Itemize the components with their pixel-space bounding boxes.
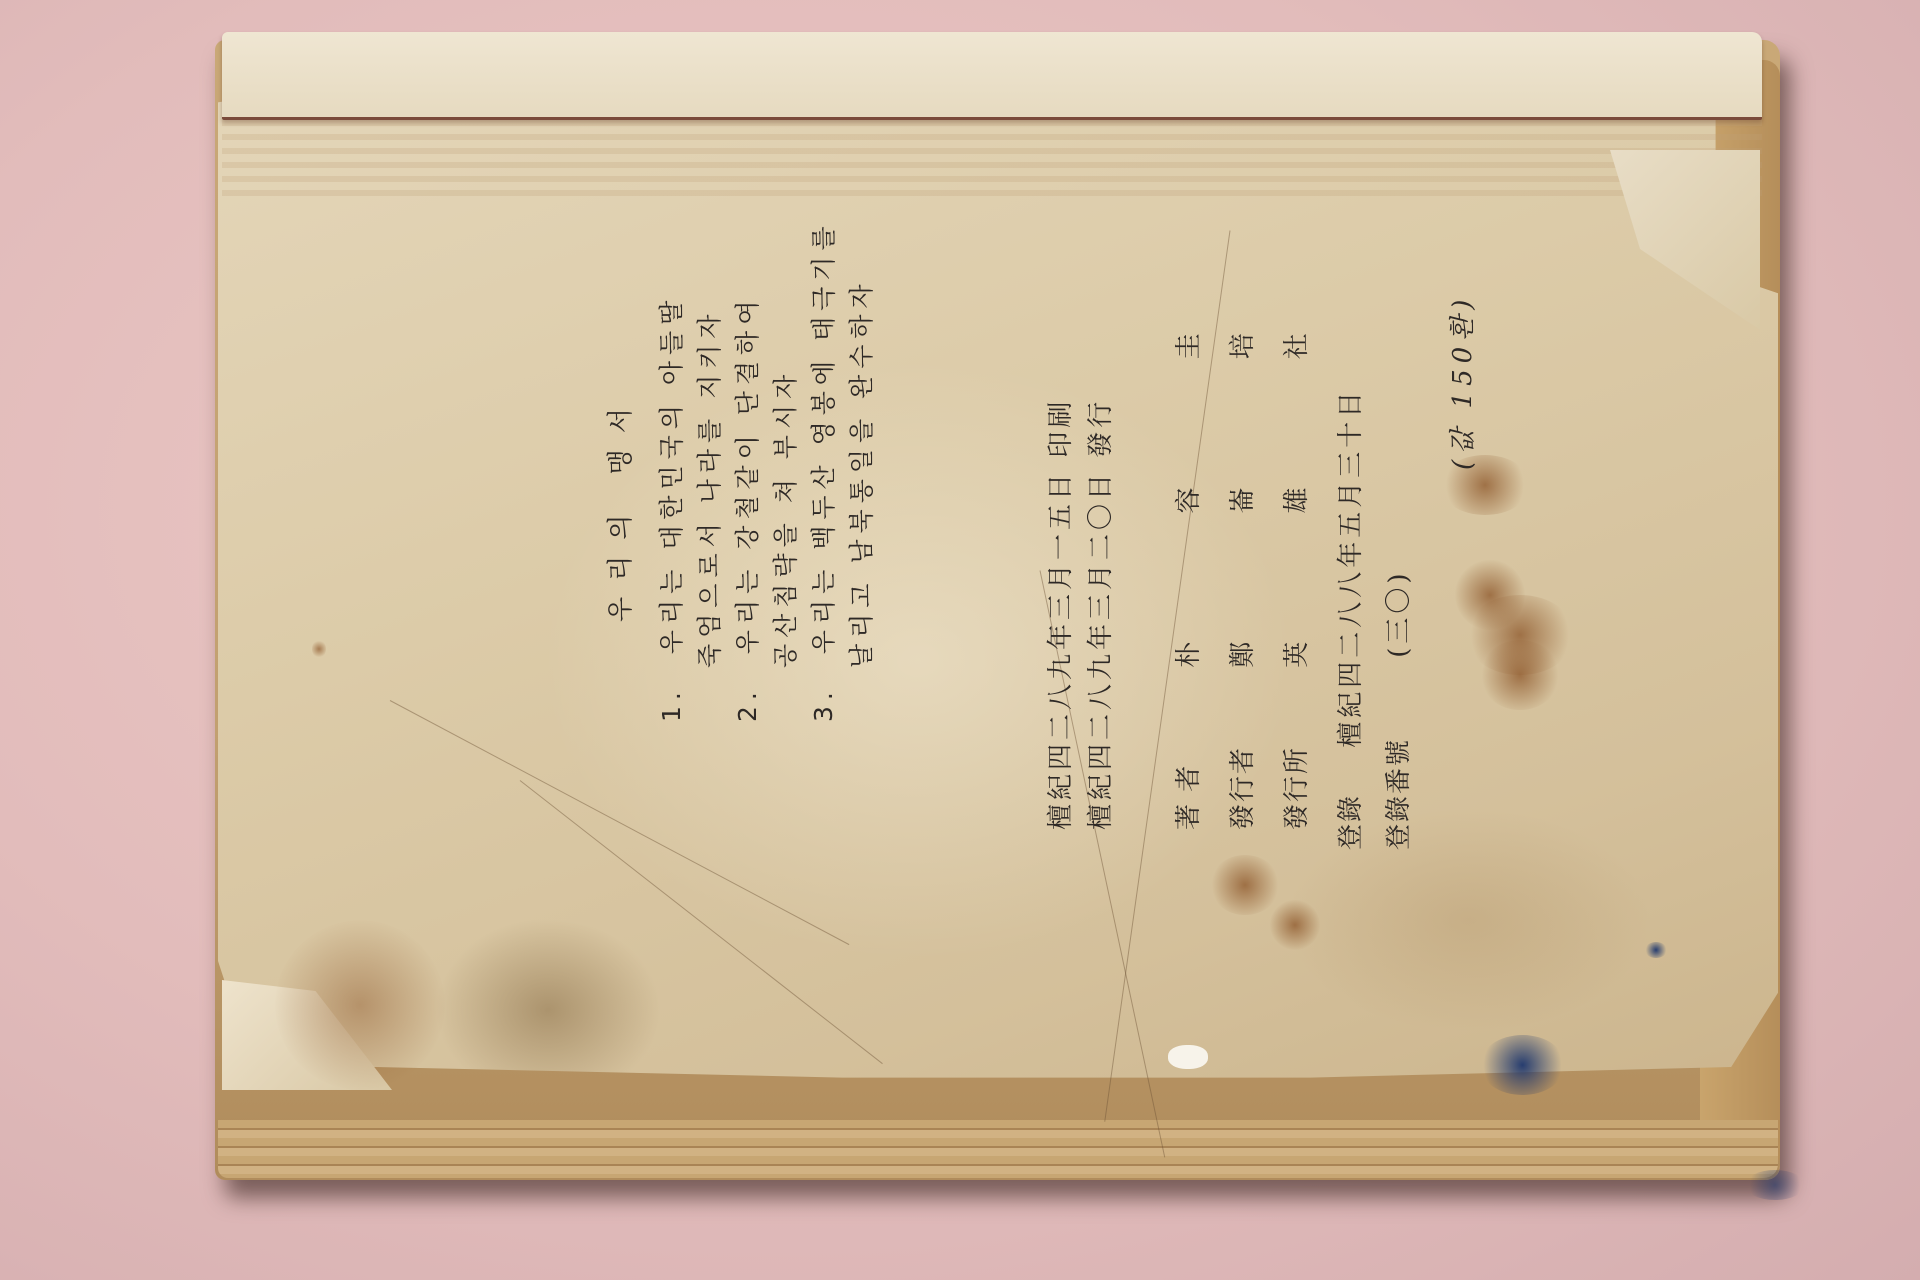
cover-text: 우리의 맹서 1. 우리는 대한민국의 아들딸 죽엄으로서 나라를 지키자 2.… xyxy=(0,0,1920,1280)
pledge-item-3: 3. 우리는 백두산 영봉에 태극기를 xyxy=(804,220,840,722)
author-line: 著 者 朴 容 圭 xyxy=(1168,273,1205,830)
price: (값 150환) xyxy=(1442,294,1479,470)
publishing-house-label: 發行所 xyxy=(1276,680,1313,830)
pledge-item-2: 2. 우리는 강철같이 단결하여 xyxy=(728,295,764,722)
publisher-line: 發行者 鄭 崙 培 xyxy=(1222,273,1259,830)
pledge-number: 2. xyxy=(733,686,762,722)
publish-date: 檀紀四二八九年三月二〇日 發行 xyxy=(1080,398,1117,830)
publishing-house-line: 發行所 英 雄 社 xyxy=(1276,273,1313,830)
publisher-name: 鄭 崙 培 xyxy=(1228,273,1258,668)
registration-line: 登錄 檀紀四二八八年五月三十日 xyxy=(1330,388,1367,850)
pledge-line: 우리는 백두산 영봉에 태극기를 xyxy=(809,220,838,654)
pledge-line: 우리는 강철같이 단결하여 xyxy=(733,295,762,655)
pledge-item-1: 1. 우리는 대한민국의 아들딸 xyxy=(652,295,688,722)
author-label: 著 者 xyxy=(1168,680,1205,830)
registration-label: 登錄 xyxy=(1330,760,1367,850)
pledge-item-1-continued: 죽엄으로서 나라를 지키자 xyxy=(690,308,726,668)
publishing-house-name: 英 雄 社 xyxy=(1282,273,1312,668)
registration-number-label: 登錄番號 xyxy=(1378,670,1415,850)
pledge-line: 우리는 대한민국의 아들딸 xyxy=(657,295,686,655)
print-date: 檀紀四二八九年三月一五日 印刷 xyxy=(1040,398,1077,830)
author-name: 朴 容 圭 xyxy=(1174,273,1204,668)
registration-number-line: 登錄番號 (三〇) xyxy=(1378,569,1415,850)
pledge-title: 우리의 맹서 xyxy=(600,392,637,622)
pledge-number: 3. xyxy=(809,686,838,722)
pledge-number: 1. xyxy=(657,686,686,722)
registration-date: 檀紀四二八八年五月三十日 xyxy=(1336,388,1366,748)
pledge-item-3-continued: 날리고 남북통일을 완수하자 xyxy=(842,278,878,668)
registration-number: (三〇) xyxy=(1384,569,1414,657)
publisher-label: 發行者 xyxy=(1222,680,1259,830)
pledge-item-2-continued: 공산침략을 쳐 부시자 xyxy=(766,369,802,668)
